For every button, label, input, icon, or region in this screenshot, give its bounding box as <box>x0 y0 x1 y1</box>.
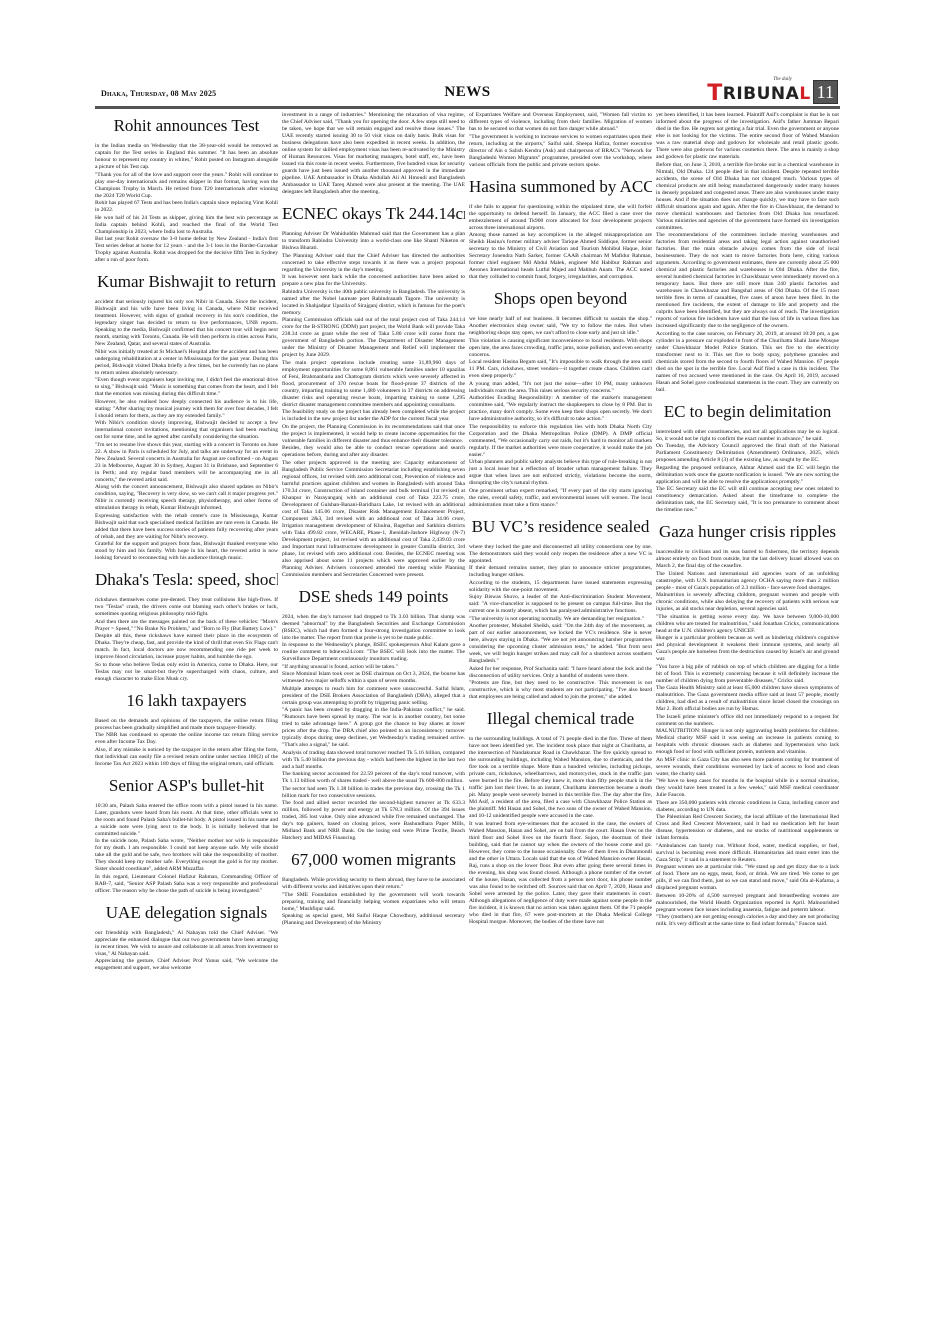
article-paragraph: The food and allied sector recorded the … <box>282 800 465 842</box>
article-paragraph: Besides, they would also be able to cond… <box>282 445 465 459</box>
article-paragraph: our friendship with Bangladesh," Al Naha… <box>95 930 278 958</box>
article: Illegal chemical tradeto the surrounding… <box>469 709 652 926</box>
article-paragraph: we lose nearly half of our business. It … <box>469 316 652 337</box>
article-paragraph: "Even though event organisers kept invit… <box>95 377 278 398</box>
article-paragraph: rickshaws themselves come pre-dented. Th… <box>95 597 278 618</box>
article-paragraph: The other projects approved in the meeti… <box>282 460 465 579</box>
article-paragraph: "A panic has been created by dragging in… <box>282 707 465 749</box>
article-headline: BU VC’s residence sealed <box>469 517 652 537</box>
article-paragraph: Before that, on June 3, 2010, a terrible… <box>656 162 839 232</box>
article-paragraph: In the suicide note, Palash Saha wrote, … <box>95 838 278 873</box>
article-paragraph: to the surrounding buildings. A total of… <box>469 736 652 820</box>
logo-tagline: The daily <box>773 77 792 82</box>
article-paragraph: Hunger is a particular problem because a… <box>656 635 839 663</box>
article-paragraph: Asked for her response, Prof Suchanita s… <box>469 666 652 680</box>
article-headline: 16 lakh taxpayers <box>95 691 278 711</box>
article-paragraph: Malnutrition is severely affecting child… <box>656 592 839 613</box>
article-paragraph: Multiple attempts to reach him for comme… <box>282 686 465 707</box>
article-headline: Illegal chemical trade <box>469 709 652 729</box>
article-paragraph: However, he also realised how deeply con… <box>95 399 278 420</box>
article-paragraph: On the project, the Planning Commission … <box>282 424 465 445</box>
article-paragraph: Pregnant women are at particular risk. "… <box>656 864 839 892</box>
article-paragraph: "The situation is getting worse every da… <box>656 614 839 635</box>
article-paragraph: And then there are the messages painted … <box>95 619 278 633</box>
article: Dhaka's Tesla: speed, shockrickshaws the… <box>95 570 278 683</box>
article-headline: Shops open beyond <box>469 289 652 309</box>
article-paragraph: But last year Rohit oversaw the 3-0 home… <box>95 236 278 264</box>
article-paragraph: Rohit has played 67 Tests and has been I… <box>95 200 278 214</box>
article-paragraph: Authorities Evading Responsibility: A me… <box>469 395 652 423</box>
article-paragraph: Local resident Hasina Begum said, "It's … <box>469 359 652 380</box>
article-paragraph: The Israeli prime minister's office did … <box>656 714 839 728</box>
article-paragraph: If their demand remains unmet, they plan… <box>469 565 652 579</box>
article-paragraph: Between 10-20% of 4,500 surveyed pregnan… <box>656 893 839 914</box>
article-paragraph: Rabindra University is the 40th public u… <box>282 289 465 317</box>
article-columns: Rohit announces Testin the Indian media … <box>95 112 840 973</box>
article: ECNEC okays Tk 244.14crPlanning Adviser … <box>282 204 465 579</box>
article-paragraph: One prominent urban expert remarked, "If… <box>469 488 652 509</box>
article: Senior ASP's bullet-hit10:30 am, Palash … <box>95 776 278 895</box>
article-paragraph: "We have to keep cases for months in the… <box>656 778 839 799</box>
article-paragraph: yet been identified, it has been learned… <box>656 112 839 161</box>
article: Shops open beyondwe lose nearly half of … <box>469 289 652 509</box>
article: Hasina summoned by ACCif she fails to ap… <box>469 177 652 282</box>
article-paragraph: The banking sector accounted for 22.59 p… <box>282 771 465 785</box>
article-headline: Gaza hunger crisis ripples <box>656 522 839 542</box>
article-paragraph: "Ambulances can barely run. Without food… <box>656 843 839 864</box>
column-3: of Expatriates Welfare and Overseas Empl… <box>469 112 652 973</box>
article: Kumar Bishwajit to returnaccident that s… <box>95 272 278 562</box>
article-paragraph: Despite all this, these rickshaws have e… <box>95 633 278 661</box>
newspaper-page: Dhaka, Thursday, 08 May 2025 NEWS The da… <box>95 80 840 973</box>
article-paragraph: This violation is causing significant in… <box>469 338 652 359</box>
article-paragraph: Expressing satisfaction with the rehab c… <box>95 513 278 541</box>
article-paragraph: Another protester, Mokabel Sheikh, said:… <box>469 623 652 665</box>
article-paragraph: Along with the concert announcement, Bis… <box>95 484 278 512</box>
article-paragraph: On Tuesday, the Advisory Council approve… <box>656 443 839 464</box>
article-headline: 67,000 women migrants <box>282 850 465 870</box>
article-paragraph: inaccessible to civilians and its seas b… <box>656 549 839 570</box>
article-headline: ECNEC okays Tk 244.14cr <box>282 204 465 224</box>
page-number: 11 <box>813 80 838 104</box>
article-paragraph: Grateful for the support and prayers fro… <box>95 541 278 562</box>
article-paragraph: if she fails to appear for questioning w… <box>469 204 652 232</box>
column-2: investment in a range of industries." Me… <box>282 112 465 973</box>
article-paragraph: With Nibir's condition slowly improving,… <box>95 420 278 441</box>
article-paragraph: The feasibility study on the project has… <box>282 409 465 423</box>
article-paragraph: 10:30 am, Palash Saha entered the office… <box>95 803 278 838</box>
article-paragraph: MALNUTRITION: Hunger is not only aggrava… <box>656 728 839 756</box>
article: BU VC’s residence sealedwhere they locke… <box>469 517 652 702</box>
article-paragraph: "Thank you for all of the love and suppo… <box>95 172 278 200</box>
logo-last-letter: L <box>799 84 810 104</box>
article-paragraph: "The government is working to increase s… <box>469 134 652 169</box>
article-paragraph: Also, if any mistake is noticed by the t… <box>95 747 278 768</box>
article-paragraph: An MSF clinic in Gaza City has also seen… <box>656 757 839 778</box>
article-paragraph: The Palestinian Red Crescent Society, th… <box>656 814 839 842</box>
article: EC to begin delimitationinterrelated wit… <box>656 402 839 515</box>
article-paragraph: The NBR has continued to operate the onl… <box>95 732 278 746</box>
article-paragraph: The sector had seen Tk 1.38 billion in t… <box>282 786 465 800</box>
article-paragraph: It was learned from eye-witnesses that t… <box>469 821 652 926</box>
article-paragraph: In this regard, Lieutenant Colonel Hafiz… <box>95 874 278 895</box>
article-paragraph: 2024, when the day's turnover had droppe… <box>282 614 465 642</box>
article-paragraph: "I'm set to resume live shows this year,… <box>95 442 278 484</box>
article-paragraph: Bangladesh. While providing security to … <box>282 877 465 891</box>
article: UAE delegation signalsour friendship wit… <box>95 903 278 973</box>
tribunal-logo: The daily T RIBUNA L 11 <box>707 80 838 104</box>
column-4: yet been identified, it has been learned… <box>656 112 839 973</box>
article-paragraph: Based on the demands and opinions of the… <box>95 718 278 732</box>
article-paragraph: in the Indian media on Wednesday that th… <box>95 143 278 171</box>
article-paragraph: Speaking as special guest, Md Saiful Haq… <box>282 913 465 927</box>
article: investment in a range of industries." Me… <box>282 112 465 196</box>
article-paragraph: A young man added, "It's not just the no… <box>469 381 652 395</box>
article-paragraph: Planning Adviser Dr Wahiduddin Mahmud sa… <box>282 231 465 252</box>
article-paragraph: "Protests are fine, but they need to be … <box>469 680 652 701</box>
article: yet been identified, it has been learned… <box>656 112 839 394</box>
article-paragraph: Planning Commission officials said out o… <box>282 317 465 359</box>
article-paragraph: Appreciating the gesture, Chief Adviser … <box>95 958 278 972</box>
article-paragraph: It was however sent back while the conce… <box>282 274 465 288</box>
article-paragraph: where they locked the gate and disconnec… <box>469 544 652 565</box>
masthead: Dhaka, Thursday, 08 May 2025 NEWS The da… <box>95 80 840 109</box>
article-headline: UAE delegation signals <box>95 903 278 923</box>
article: 16 lakh taxpayersBased on the demands an… <box>95 691 278 768</box>
article-headline: Hasina summoned by ACC <box>469 177 652 197</box>
article-paragraph: "The university is not operating normall… <box>469 616 652 623</box>
article-paragraph: According to the students, 15 department… <box>469 580 652 594</box>
article-headline: Kumar Bishwajit to return <box>95 272 278 292</box>
article-headline: Rohit announces Test <box>95 116 278 136</box>
article-paragraph: In response to the Wednesday's plunge, B… <box>282 642 465 663</box>
article-paragraph: Since Mominul Islam took over as DSE cha… <box>282 671 465 685</box>
article-paragraph: of Expatriates Welfare and Overseas Empl… <box>469 112 652 133</box>
article-paragraph: accident that seriously injured his only… <box>95 299 278 348</box>
article-paragraph: There are 350,000 patients with chronic … <box>656 800 839 814</box>
article: DSE sheds 149 points2024, when the day's… <box>282 587 465 843</box>
article-paragraph: Regarding the proposed ordinance, Akhtar… <box>656 465 839 486</box>
article-paragraph: Sujoy Biswas Shuvo, a leader of the Anti… <box>469 594 652 615</box>
article-paragraph: The main project operations include crea… <box>282 360 465 409</box>
article-headline: Dhaka's Tesla: speed, shock <box>95 570 278 590</box>
article-paragraph: Nibir was initially treated at St Michae… <box>95 349 278 377</box>
article-paragraph: investment in a range of industries." Me… <box>282 112 465 196</box>
article-headline: DSE sheds 149 points <box>282 587 465 607</box>
article-paragraph: The recommendations of the committees in… <box>656 232 839 330</box>
article-paragraph: He won half of his 24 Tests as skipper, … <box>95 215 278 236</box>
article: Gaza hunger crisis ripplesinaccessible t… <box>656 522 839 928</box>
article-paragraph: The responsibility to enforce this regul… <box>469 424 652 459</box>
article-paragraph: The Gaza Health Ministry said at least 6… <box>656 685 839 713</box>
article-paragraph: Among those named as key accomplices in … <box>469 232 652 281</box>
logo-wordmark: RIBUNA <box>723 84 800 104</box>
article-paragraph: "You have a big pile of rubbish on top o… <box>656 664 839 685</box>
article-paragraph: The United Nations and international aid… <box>656 571 839 592</box>
article: 67,000 women migrantsBangladesh. While p… <box>282 850 465 927</box>
article-paragraph: Analysis of trading data showed total tu… <box>282 750 465 771</box>
logo-first-letter: T <box>707 84 723 104</box>
article-paragraph: The EC Secretary said the EC will still … <box>656 486 839 514</box>
article: Rohit announces Testin the Indian media … <box>95 116 278 264</box>
article-headline: EC to begin delimitation <box>656 402 839 422</box>
article-paragraph: According to the case sources, on Februa… <box>656 331 839 394</box>
column-1: Rohit announces Testin the Indian media … <box>95 112 278 973</box>
article: of Expatriates Welfare and Overseas Empl… <box>469 112 652 169</box>
article-paragraph: The Planning Adviser said that the Chief… <box>282 253 465 274</box>
article-paragraph: "The SME Foundation established by the g… <box>282 892 465 913</box>
article-paragraph: Urban planners and public safety analyst… <box>469 459 652 487</box>
article-paragraph: "They (mothers) are not getting enough c… <box>656 914 839 928</box>
article-paragraph: "If anything unusual is found, action wi… <box>282 664 465 671</box>
article-headline: Senior ASP's bullet-hit <box>95 776 278 796</box>
article-paragraph: interrelated with other constituencies, … <box>656 429 839 443</box>
article-paragraph: So to those who believe Teslas only exis… <box>95 662 278 683</box>
